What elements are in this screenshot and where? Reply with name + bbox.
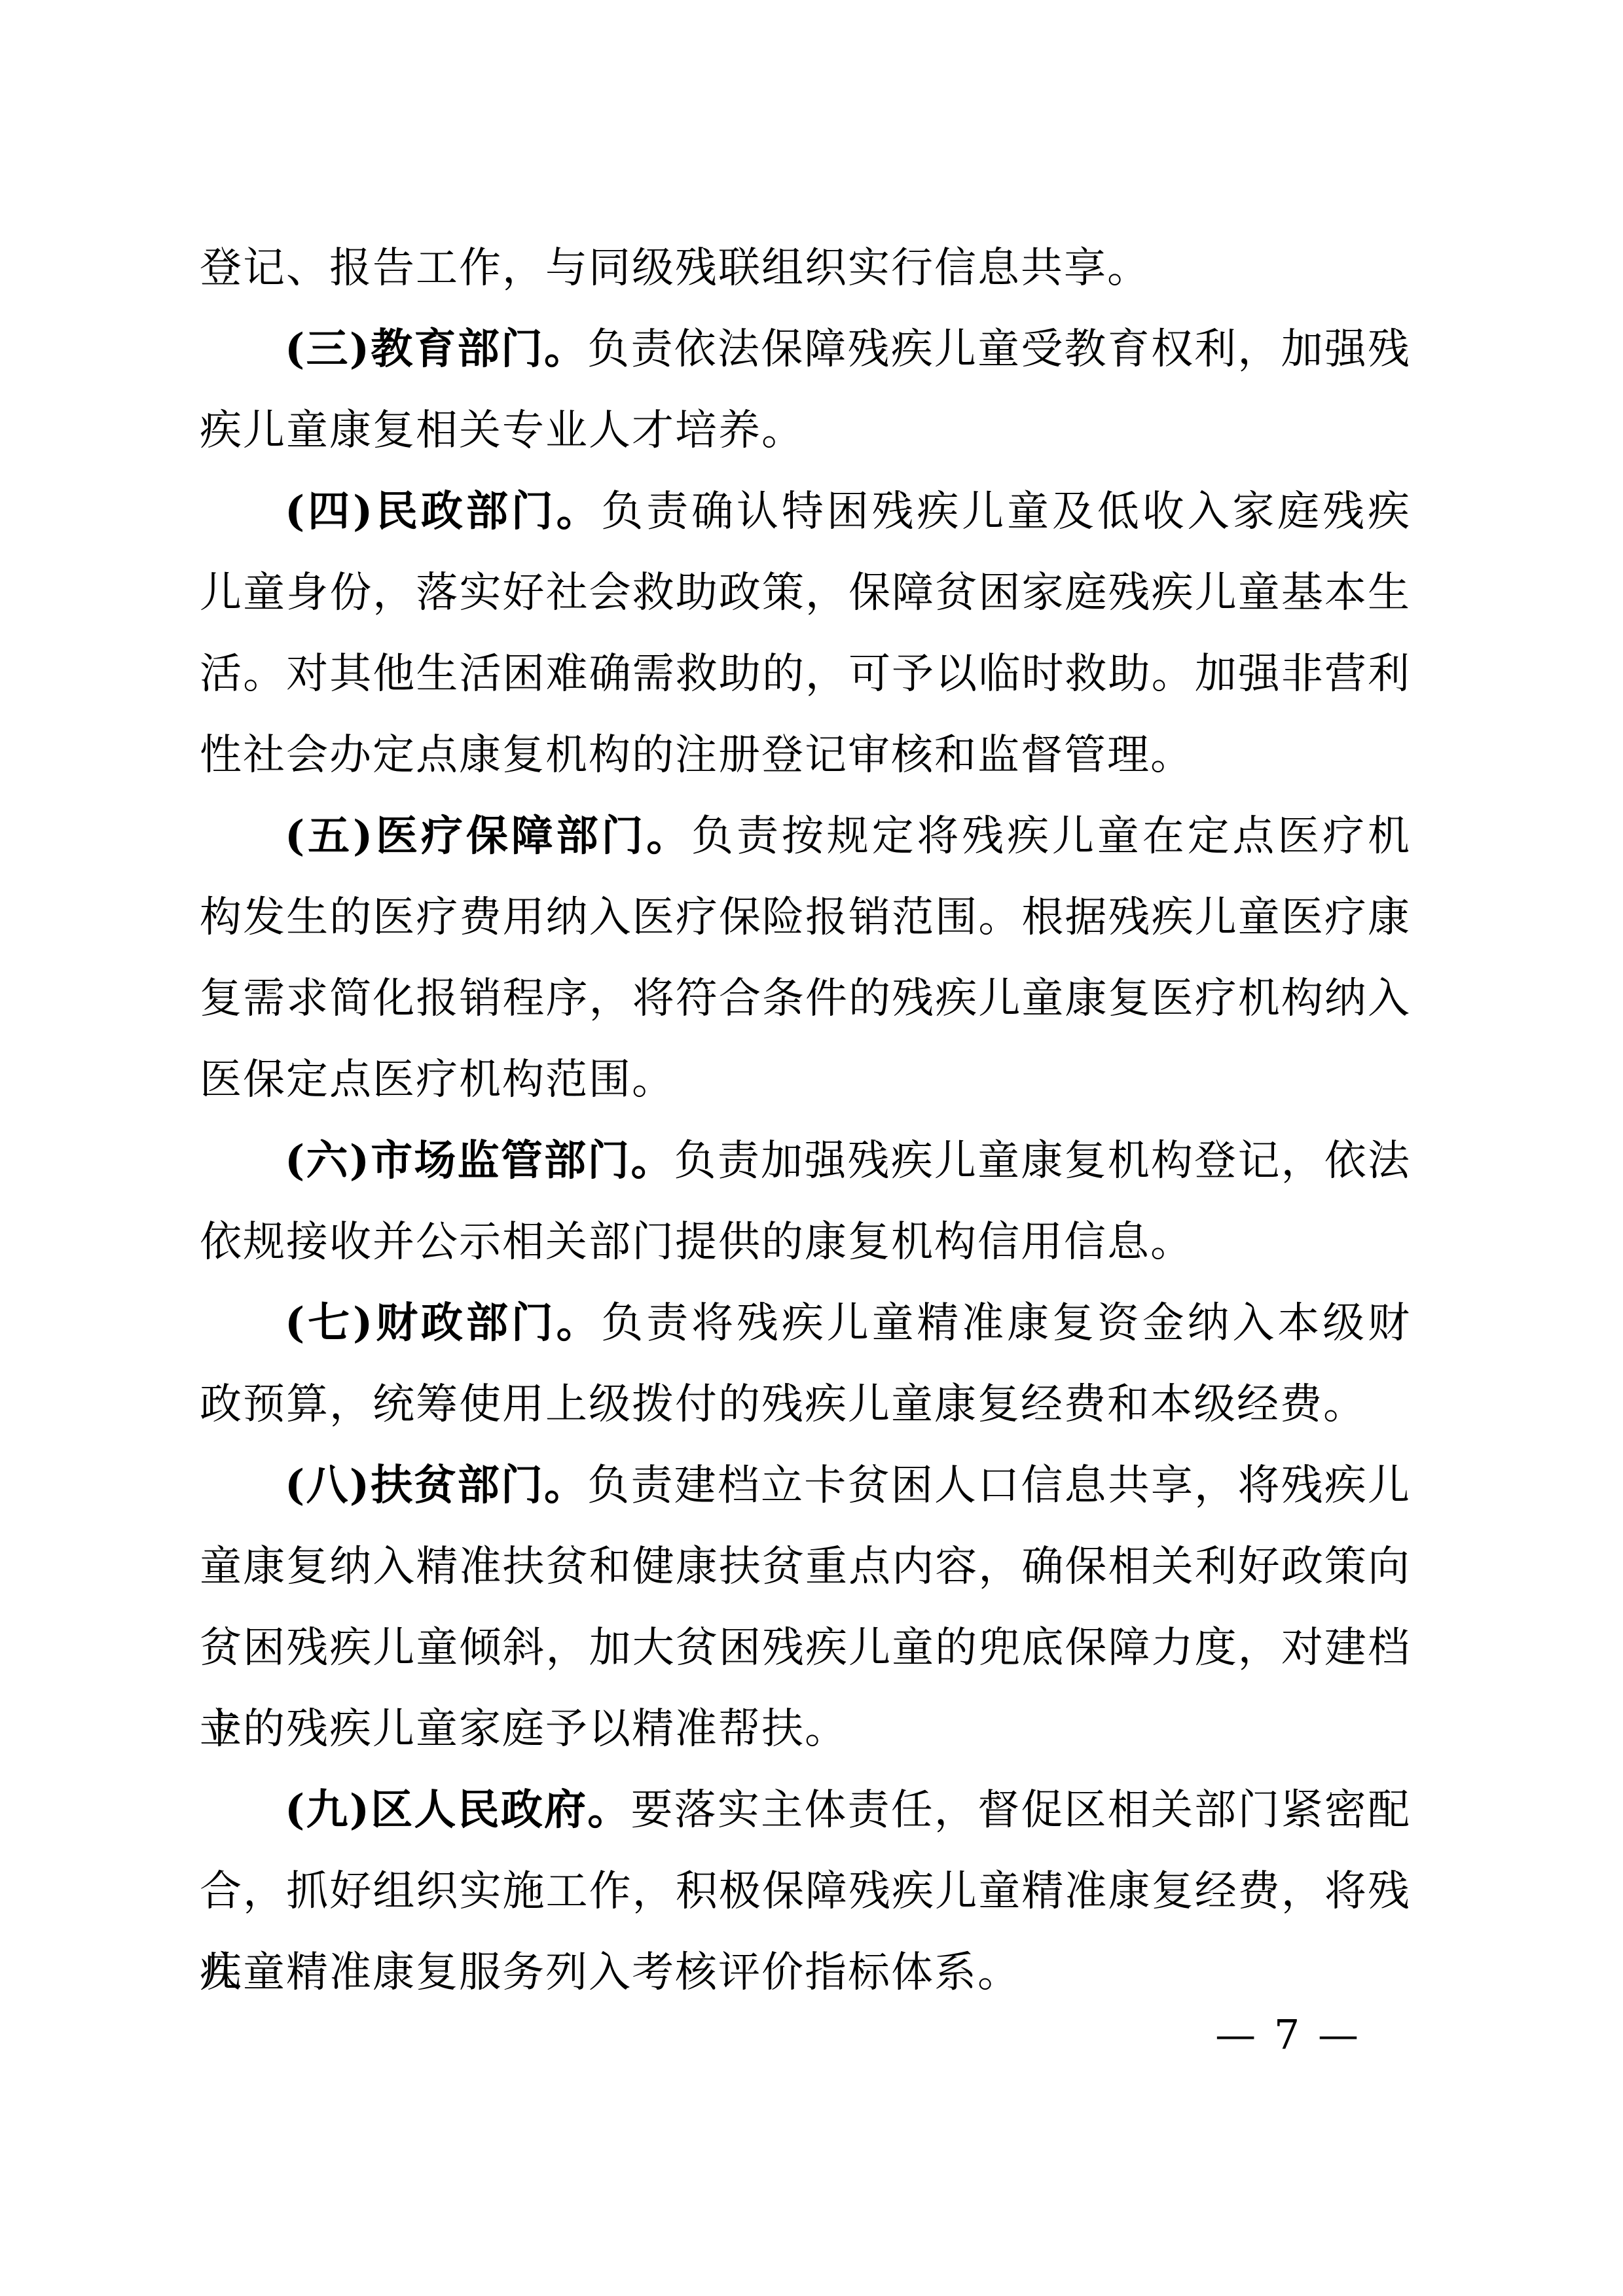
line-text: 负责建档立卡贫困人口信息共享，将残疾儿 bbox=[587, 1462, 1411, 1510]
text-line: (八)扶贫部门。负责建档立卡贫困人口信息共享，将残疾儿 bbox=[200, 1445, 1411, 1526]
line-text: 政预算，统筹使用上级拨付的残疾儿童康复经费和本级经费。 bbox=[200, 1380, 1366, 1429]
line-text: 医保定点医疗机构范围。 bbox=[200, 1056, 675, 1104]
section-heading: (三)教育部门。 bbox=[285, 325, 587, 374]
line-text: 负责将残疾儿童精准康复资金纳入本级财 bbox=[601, 1299, 1411, 1348]
line-text: 负责依法保障残疾儿童受教育权利，加强残 bbox=[587, 325, 1411, 374]
line-text: 负责按规定将残疾儿童在定点医疗机 bbox=[691, 812, 1411, 861]
line-text: 疾儿童康复相关专业人才培养。 bbox=[200, 406, 805, 455]
line-text: 要落实主体责任，督促区相关部门紧密配 bbox=[630, 1786, 1411, 1835]
text-line: 童康复纳入精准扶贫和健康扶贫重点内容，确保相关利好政策向 bbox=[200, 1526, 1411, 1607]
line-text: 构发生的医疗费用纳入医疗保险报销范围。根据残疾儿童医疗康 bbox=[200, 893, 1411, 942]
line-text: 活。对其他生活困难确需救助的，可予以临时救助。加强非营利 bbox=[200, 650, 1411, 698]
line-text: 儿童精准康复服务列入考核评价指标体系。 bbox=[200, 1948, 1021, 1997]
text-line: 儿童精准康复服务列入考核评价指标体系。 bbox=[200, 1932, 1411, 2013]
line-text: 卡的残疾儿童家庭予以精准帮扶。 bbox=[200, 1705, 848, 1753]
section-heading: (九)区人民政府。 bbox=[285, 1785, 630, 1835]
text-line: (九)区人民政府。要落实主体责任，督促区相关部门紧密配 bbox=[200, 1770, 1411, 1851]
text-line: 性社会办定点康复机构的注册登记审核和监督管理。 bbox=[200, 715, 1411, 796]
page-number: — 7 — bbox=[1215, 2011, 1361, 2059]
text-line: 活。对其他生活困难确需救助的，可予以临时救助。加强非营利 bbox=[200, 634, 1411, 715]
section-heading: (四)民政部门。 bbox=[285, 487, 601, 536]
line-text: 负责加强残疾儿童康复机构登记，依法 bbox=[674, 1137, 1411, 1185]
document-page: 登记、报告工作，与同级残联组织实行信息共享。 (三)教育部门。负责依法保障残疾儿… bbox=[0, 0, 1623, 2296]
line-text: 性社会办定点康复机构的注册登记审核和监督管理。 bbox=[200, 731, 1194, 780]
text-line: (四)民政部门。负责确认特困残疾儿童及低收入家庭残疾 bbox=[200, 471, 1411, 552]
text-line: 卡的残疾儿童家庭予以精准帮扶。 bbox=[200, 1689, 1411, 1770]
text-line: 登记、报告工作，与同级残联组织实行信息共享。 bbox=[200, 228, 1411, 309]
text-line: 政预算，统筹使用上级拨付的残疾儿童康复经费和本级经费。 bbox=[200, 1364, 1411, 1445]
line-text: 童康复纳入精准扶贫和健康扶贫重点内容，确保相关利好政策向 bbox=[200, 1543, 1411, 1591]
text-line: (六)市场监管部门。负责加强残疾儿童康复机构登记，依法 bbox=[200, 1121, 1411, 1202]
section-heading: (五)医疗保障部门。 bbox=[285, 812, 691, 861]
line-text: 负责确认特困残疾儿童及低收入家庭残疾 bbox=[601, 488, 1411, 536]
section-heading: (六)市场监管部门。 bbox=[285, 1136, 674, 1185]
section-heading: (八)扶贫部门。 bbox=[285, 1461, 587, 1510]
line-text: 复需求简化报销程序，将符合条件的残疾儿童康复医疗机构纳入 bbox=[200, 975, 1411, 1023]
text-line: 构发生的医疗费用纳入医疗保险报销范围。根据残疾儿童医疗康 bbox=[200, 877, 1411, 958]
text-line: 依规接收并公示相关部门提供的康复机构信用信息。 bbox=[200, 1202, 1411, 1283]
text-line: 合，抓好组织实施工作，积极保障残疾儿童精准康复经费，将残疾 bbox=[200, 1851, 1411, 1932]
line-text: 儿童身份，落实好社会救助政策，保障贫困家庭残疾儿童基本生 bbox=[200, 569, 1411, 617]
text-line: (五)医疗保障部门。负责按规定将残疾儿童在定点医疗机 bbox=[200, 796, 1411, 877]
section-heading: (七)财政部门。 bbox=[285, 1299, 601, 1348]
text-line: 医保定点医疗机构范围。 bbox=[200, 1039, 1411, 1121]
text-line: 贫困残疾儿童倾斜，加大贫困残疾儿童的兜底保障力度，对建档立 bbox=[200, 1607, 1411, 1689]
line-text: 登记、报告工作，与同级残联组织实行信息共享。 bbox=[200, 244, 1150, 293]
text-line: (七)财政部门。负责将残疾儿童精准康复资金纳入本级财 bbox=[200, 1283, 1411, 1364]
line-text: 依规接收并公示相关部门提供的康复机构信用信息。 bbox=[200, 1218, 1194, 1266]
document-body: 登记、报告工作，与同级残联组织实行信息共享。 (三)教育部门。负责依法保障残疾儿… bbox=[200, 228, 1411, 2013]
text-line: 复需求简化报销程序，将符合条件的残疾儿童康复医疗机构纳入 bbox=[200, 958, 1411, 1039]
text-line: (三)教育部门。负责依法保障残疾儿童受教育权利，加强残 bbox=[200, 309, 1411, 390]
text-line: 儿童身份，落实好社会救助政策，保障贫困家庭残疾儿童基本生 bbox=[200, 552, 1411, 634]
text-line: 疾儿童康复相关专业人才培养。 bbox=[200, 390, 1411, 471]
